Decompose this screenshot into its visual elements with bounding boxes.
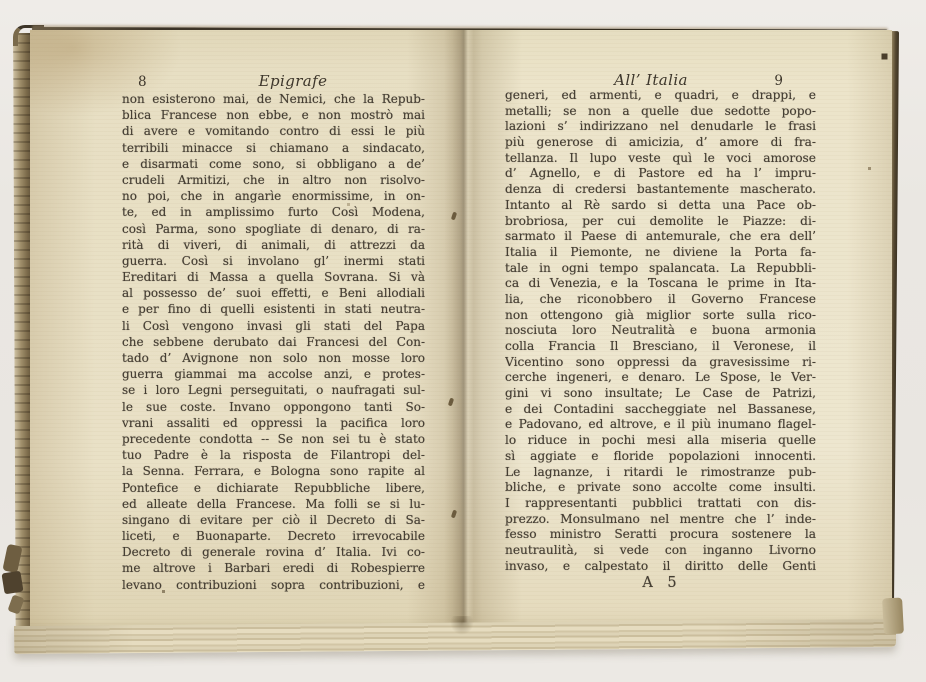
text-line: singano di evitare per ciò il Decreto di… [122,512,425,528]
worn-edge-chip [1,571,23,595]
text-line: rità di viveri, di animali, di attrezzi … [122,237,425,253]
text-line: e dei Contadini saccheggiate nel Bassane… [505,402,816,418]
text-line: Pontefice e dichiarate Repubbliche liber… [122,480,425,496]
text-line: bliche, e private sono accolte come insu… [505,480,816,496]
text-line: più generose di amicizia, d’ amore di fr… [505,135,816,151]
text-line: lia, che riconobbero il Governo Francese [505,292,816,308]
text-line: tellanza. Il lupo veste quì le voci amor… [505,151,816,167]
text-line: I rappresentanti pubblici trattati con d… [505,496,816,512]
text-line: colla Francia Il Bresciano, il Veronese,… [505,339,816,355]
text-line: no poi, che in angarìe enormissime, in o… [122,188,425,204]
text-line: la Senna. Ferrara, e Bologna sono rapite… [122,463,425,479]
text-line: sarmato il Paese di antemurale, che era … [505,229,816,245]
text-line: Le lagnanze, i ritardi le rimostranze pu… [505,465,816,481]
right-page-text-column: All’ Italia 9 generi, ed armenti, e quad… [505,73,816,591]
text-line: di avere e vomitando contro di essi le p… [122,123,425,139]
running-title-all-italia: All’ Italia [614,71,688,89]
text-line: cerche ingeneri, e denaro. Le Spose, le … [505,370,816,386]
text-line: ca di Venezia, e la Toscana le prime in … [505,276,816,292]
text-line: generi, ed armenti, e quadri, e drappi, … [505,88,816,104]
text-line: levano contribuzioni sopra contribuzioni… [122,577,425,593]
gutter-bottom-shadow [448,616,476,638]
page-number-8: 8 [138,74,147,90]
text-line: guerra. Così si involano gl’ inermi stat… [122,253,425,269]
text-line: invaso, e calpestato il diritto delle Ge… [505,559,816,575]
text-line: tado d’ Avignone non solo non mosse loro [122,350,425,366]
text-line: d’ Agnello, e di Pastore ed ha l’ impru- [505,166,816,182]
foxing-specks [0,0,1,1]
text-line: Vicentino sono oppressi da gravesissime … [505,355,816,371]
signature-mark: A 5 [505,575,816,591]
text-line: liceti, e Buonaparte. Decreto irrevocabi… [122,528,425,544]
text-line: denza di credersi bastantemente maschera… [505,182,816,198]
text-line: precedente condotta -- Se non sei tu è s… [122,431,425,447]
text-line: tale in ogni tempo spalancata. La Repubb… [505,261,816,277]
left-page-header: 8 Epigrafe [122,74,425,91]
text-line: se i loro Legni perseguitati, o naufraga… [122,382,425,398]
text-line: non ottengono già miglior sorte sulla ri… [505,308,816,324]
text-line: così Parma, sono spogliate di denaro, di… [122,221,425,237]
text-line: vrani assaliti ed oppressi la pacifica l… [122,415,425,431]
text-line: lo riduce in pochi mesi alla miseria que… [505,433,816,449]
text-line: guerra giammai ma accolse anzi, e protes… [122,366,425,382]
text-line: al possesso de’ suoi effetti, e Beni all… [122,285,425,301]
text-line: li Così vengono invasi gli stati del Pap… [122,318,425,334]
text-line: neutraulità, si vede con inganno Livorno [505,543,816,559]
page-number-9: 9 [774,73,783,89]
text-line: tuo Padre è la risposta de Filantropi de… [122,447,425,463]
text-line: prezzo. Monsulmano nel mentre che l’ ind… [505,512,816,528]
right-page-header: All’ Italia 9 [505,73,816,88]
running-title-epigrafe: Epigrafe [259,72,328,90]
text-line: te, ed in amplissimo furto Così Modena, [122,204,425,220]
text-line: Intanto al Rè sardo si detta una Pace ob… [505,198,816,214]
text-line: Decreto di generale rovina d’ Italia. Iv… [122,544,425,560]
text-line: e per fino di quelli esistenti in stati … [122,301,425,317]
text-line: brobriosa, per cui demolite le Piazze: d… [505,214,816,230]
text-line: e disarmati come sono, si obbligano a de… [122,156,425,172]
text-line: metalli; se non a quelle due sedotte pop… [505,104,816,120]
text-line: crudeli Armitizi, che in altro non risol… [122,172,425,188]
text-line: ed alleate della Francese. Ma folli se s… [122,496,425,512]
text-line: fesso ministro Seratti procura sostenere… [505,527,816,543]
text-line: nosciuta loro Neutralità e buona armonia [505,323,816,339]
left-page-body-text: non esisterono mai, de Nemici, che la Re… [122,91,425,593]
text-line: blica Francese non ebbe, e non mostrò ma… [122,107,425,123]
text-line: e Padovano, ed altrove, e il più inumano… [505,417,816,433]
worn-edge-chip [882,598,904,635]
text-line: gini vi sono insultate; Le Case de Patri… [505,386,816,402]
left-page-text-column: 8 Epigrafe non esisterono mai, de Nemici… [122,74,425,593]
text-line: me altrove i Barbari eredi di Robespierr… [122,560,425,576]
text-line: che sebbene derubato dai Francesi del Co… [122,334,425,350]
right-page-body-text: generi, ed armenti, e quadri, e drappi, … [505,88,816,574]
text-line: le sue coste. Invano oppongono tanti So- [122,399,425,415]
text-line: sì aggiate e floride popolazioni innocen… [505,449,816,465]
text-line: terribili minacce si chiamano a sindacat… [122,140,425,156]
text-line: Ereditari di Massa a quella Sovrana. Si … [122,269,425,285]
text-line: non esisterono mai, de Nemici, che la Re… [122,91,425,107]
text-line: lazioni s’ indirizzano nel denudarle le … [505,119,816,135]
text-line: Italia il Piemonte, ne diviene la Porta … [505,245,816,261]
book-photo: 8 Epigrafe non esisterono mai, de Nemici… [0,0,926,682]
